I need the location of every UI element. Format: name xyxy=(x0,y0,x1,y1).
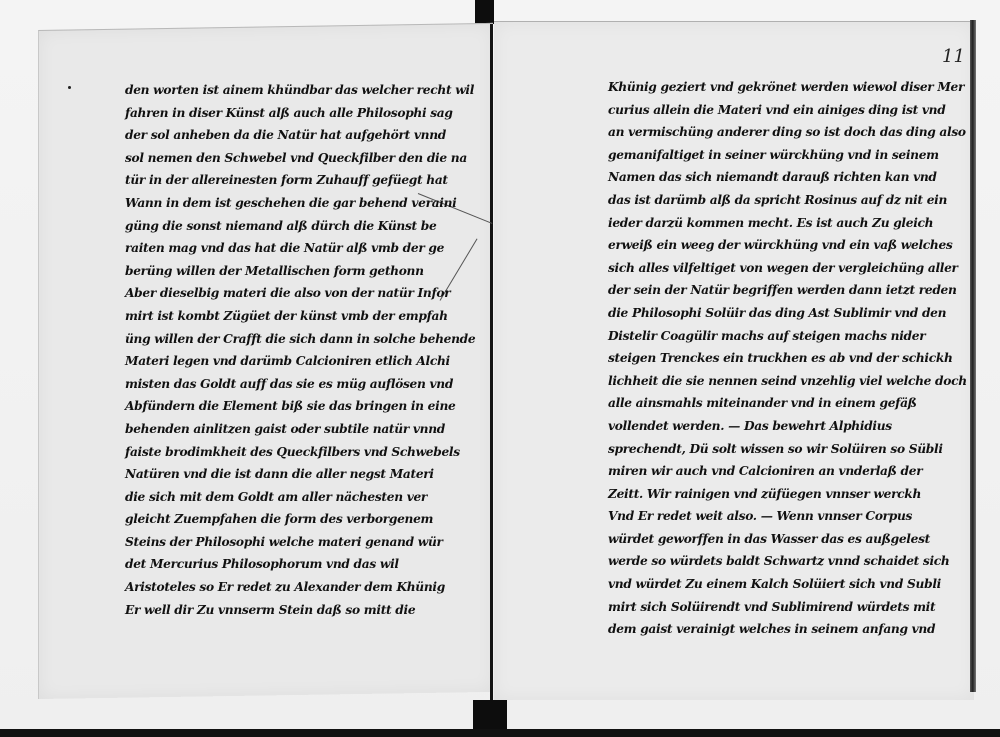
text-line: Aber dieselbig materi die also von der n… xyxy=(125,282,475,305)
book-spine xyxy=(490,24,493,704)
text-line: an vermischüng anderer ding so ist doch … xyxy=(608,121,967,144)
binding-clip-bottom xyxy=(473,700,507,732)
text-line: sich alles vilfeltiget von wegen der ver… xyxy=(608,257,967,280)
text-line: der sein der Natür begriffen werden dann… xyxy=(608,279,967,302)
text-line: die Philosophi Solüir das ding Ast Subli… xyxy=(608,302,967,325)
text-line: gleicht Zuempfahen die form des verborge… xyxy=(125,508,475,531)
ink-spot xyxy=(68,86,71,89)
text-line: gemanifaltiget in seiner würckhüng vnd i… xyxy=(608,144,967,167)
text-line: die sich mit dem Goldt am aller nächeste… xyxy=(125,486,475,509)
text-line: der sol anheben da die Natür hat aufgehö… xyxy=(125,124,475,147)
text-line: güng die sonst niemand alß dürch die Kün… xyxy=(125,215,475,238)
text-line: Steins der Philosophi welche materi gena… xyxy=(125,531,475,554)
text-line: misten das Goldt auff das sie es müg auf… xyxy=(125,373,475,396)
right-page-edge xyxy=(970,20,976,692)
text-line: vnd würdet Zu einem Kalch Solüiert sich … xyxy=(608,573,967,596)
text-line: erweiß ein weeg der würckhüng vnd ein va… xyxy=(608,234,967,257)
text-line: den worten ist ainem khündbar das welche… xyxy=(125,79,475,102)
right-page-text: Khünig geziert vnd gekrönet werden wiewo… xyxy=(608,76,967,641)
text-line: raiten mag vnd das hat die Natür alß vmb… xyxy=(125,237,475,260)
scan-bottom-border xyxy=(0,729,1000,737)
text-line: Vnd Er redet weit also. — Wenn vnnser Co… xyxy=(608,505,967,528)
folio-number: 11 xyxy=(942,46,965,67)
text-line: Materi legen vnd darümb Calcioniren etli… xyxy=(125,350,475,373)
text-line: Abfündern die Element biß sie das bringe… xyxy=(125,395,475,418)
text-line: behenden ainlitzen gaist oder subtile na… xyxy=(125,418,475,441)
text-line: dem gaist verainigt welches in seinem an… xyxy=(608,618,967,641)
text-line: Wann in dem ist geschehen die gar behend… xyxy=(125,192,475,215)
text-line: tür in der allereinesten form Zuhauff ge… xyxy=(125,169,475,192)
text-line: det Mercurius Philosophorum vnd das wil xyxy=(125,553,475,576)
text-line: mirt ist kombt Zügüet der künst vmb der … xyxy=(125,305,475,328)
left-page-text: den worten ist ainem khündbar das welche… xyxy=(125,79,475,621)
text-line: Aristoteles so Er redet zu Alexander dem… xyxy=(125,576,475,599)
text-line: miren wir auch vnd Calcioniren an vnderl… xyxy=(608,460,967,483)
text-line: ieder darzü kommen mecht. Es ist auch Zu… xyxy=(608,212,967,235)
text-line: Namen das sich niemandt darauß richten k… xyxy=(608,166,967,189)
text-line: faiste brodimkheit des Queckfilbers vnd … xyxy=(125,441,475,464)
binding-clip-top xyxy=(475,0,494,24)
text-line: Distelir Coagülir machs auf steigen mach… xyxy=(608,325,967,348)
text-line: üng willen der Crafft die sich dann in s… xyxy=(125,328,475,351)
text-line: curius allein die Materi vnd ein ainiges… xyxy=(608,99,967,122)
text-line: berüng willen der Metallischen form geth… xyxy=(125,260,475,283)
text-line: Zeitt. Wir rainigen vnd züfüegen vnnser … xyxy=(608,483,967,506)
text-line: Khünig geziert vnd gekrönet werden wiewo… xyxy=(608,76,967,99)
text-line: mirt sich Solüirendt vnd Sublimirend wür… xyxy=(608,596,967,619)
text-line: steigen Trenckes ein truckhen es ab vnd … xyxy=(608,347,967,370)
text-line: vollendet werden. — Das bewehrt Alphidiu… xyxy=(608,415,967,438)
text-line: fahren in diser Künst alß auch alle Phil… xyxy=(125,102,475,125)
text-line: sol nemen den Schwebel vnd Queckfilber d… xyxy=(125,147,475,170)
text-line: sprechendt, Dü solt wissen so wir Solüir… xyxy=(608,438,967,461)
text-line: werde so würdets baldt Schwartz vnnd sch… xyxy=(608,550,967,573)
text-line: das ist darümb alß da spricht Rosinus au… xyxy=(608,189,967,212)
text-line: alle ainsmahls miteinander vnd in einem … xyxy=(608,392,967,415)
text-line: lichheit die sie nennen seind vnzehlig v… xyxy=(608,370,967,393)
text-line: würdet geworffen in das Wasser das es au… xyxy=(608,528,967,551)
text-line: Er well dir Zu vnnserm Stein daß so mitt… xyxy=(125,599,475,622)
text-line: Natüren vnd die ist dann die aller negst… xyxy=(125,463,475,486)
